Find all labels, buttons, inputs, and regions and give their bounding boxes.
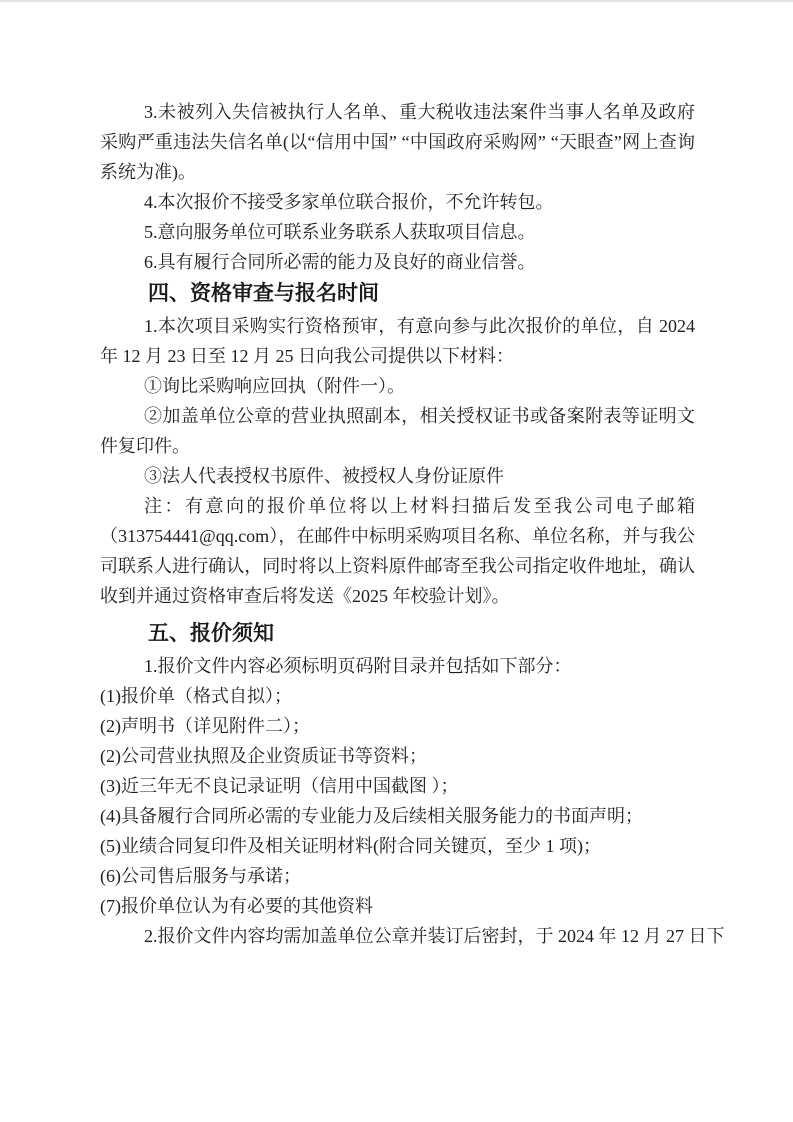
quote-doc-item-after-sales: (6)公司售后服务与承诺；: [100, 861, 695, 891]
quote-doc-item-declaration: (2)声明书（详见附件二）；: [100, 711, 695, 741]
document-content: 3.未被列入失信被执行人名单、重大税收违法案件当事人名单及政府采购严重违法失信名…: [100, 97, 695, 951]
material-item-business-license: ②加盖单位公章的营业执照副本，相关授权证书或备案附表等证明文件复印件。: [100, 401, 695, 461]
prequalification-intro: 1.本次项目采购实行资格预审，有意向参与此次报价的单位，自 2024 年 12 …: [100, 311, 695, 371]
quote-doc-item-license-qualifications: (2)公司营业执照及企业资质证书等资料；: [100, 741, 695, 771]
material-item-response-receipt: ①询比采购响应回执（附件一）。: [100, 371, 695, 401]
quote-doc-item-credit-record: (3)近三年无不良记录证明（信用中国截图 ）；: [100, 771, 695, 801]
clause-3-blacklist: 3.未被列入失信被执行人名单、重大税收违法案件当事人名单及政府采购严重违法失信名…: [100, 97, 695, 187]
clause-5-contact-info: 5.意向服务单位可联系业务联系人获取项目信息。: [100, 217, 695, 247]
quote-doc-item-quotation-sheet: (1)报价单（格式自拟）；: [100, 681, 695, 711]
document-page: 3.未被列入失信被执行人名单、重大税收违法案件当事人名单及政府采购严重违法失信名…: [0, 0, 793, 1122]
section-heading-quotation-notes: 五、报价须知: [100, 617, 695, 651]
clause-4-no-joint-bids: 4.本次报价不接受多家单位联合报价，不允许转包。: [100, 187, 695, 217]
material-item-authorization-letter: ③法人代表授权书原件、被授权人身份证原件: [100, 461, 695, 491]
section-heading-qualification-review: 四、资格审查与报名时间: [100, 277, 695, 311]
sealing-clause: 2.报价文件内容均需加盖单位公章并装订后密封，于 2024 年 12 月 27 …: [100, 921, 695, 951]
quote-doc-item-capability-statement: (4)具备履行合同所必需的专业能力及后续相关服务能力的书面声明；: [100, 801, 695, 831]
note-paragraph-email-submission: 注：有意向的报价单位将以上材料扫描后发至我公司电子邮箱（313754441@qq…: [100, 491, 695, 611]
clause-6-capability: 6.具有履行合同所必需的能力及良好的商业信誉。: [100, 247, 695, 277]
quote-docs-intro: 1.报价文件内容必须标明页码附目录并包括如下部分：: [100, 651, 695, 681]
scan-edge-line: [0, 0, 793, 2]
quote-doc-item-other-materials: (7)报价单位认为有必要的其他资料: [100, 891, 695, 921]
quote-doc-item-performance-contracts: (5)业绩合同复印件及相关证明材料(附合同关键页，至少 1 项)；: [100, 831, 695, 861]
